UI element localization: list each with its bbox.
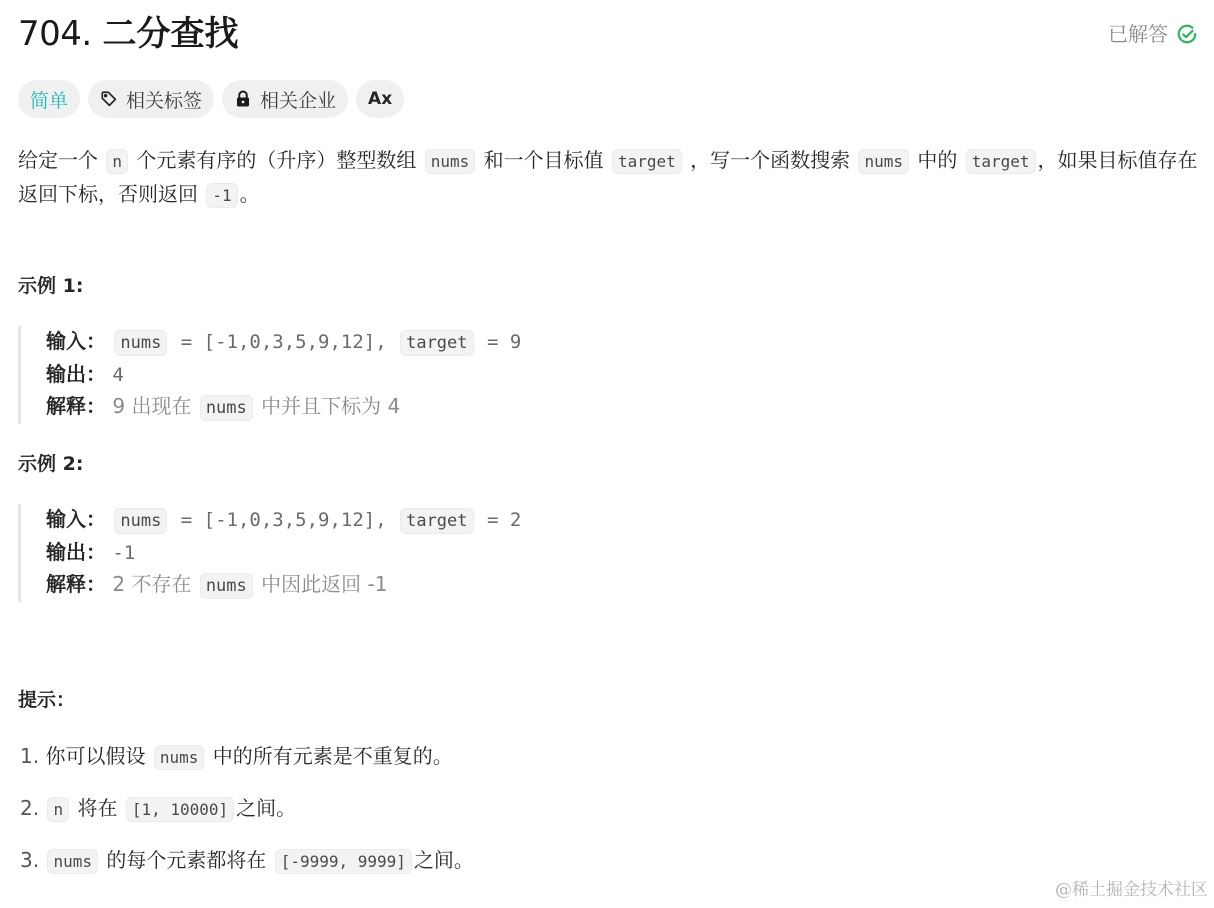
- inline-code: nums: [114, 330, 167, 356]
- related-tags-button[interactable]: 相关标签: [88, 80, 214, 118]
- input-label: 输入：: [46, 329, 106, 353]
- inline-code: n: [106, 149, 128, 174]
- lock-icon: [234, 90, 252, 108]
- explain-text: 中因此返回 -1: [261, 572, 387, 596]
- inline-code: n: [47, 797, 69, 822]
- problem-title: 704. 二分查找: [18, 12, 1198, 56]
- example-output-row: 输出： 4: [46, 359, 521, 391]
- hint-item: 2. n 将在 [1, 10000]之间。: [20, 792, 474, 844]
- input-value: = 2: [476, 509, 522, 531]
- example-explain-row: 解释： 9 出现在 nums 中并且下标为 4: [46, 391, 521, 424]
- problem-description: 给定一个 n 个元素有序的（升序）整型数组 nums 和一个目标值 target…: [18, 144, 1200, 212]
- input-label: 输入：: [46, 507, 106, 531]
- inline-code: target: [966, 149, 1036, 174]
- hint-text: 之间。: [414, 848, 474, 872]
- hint-index: 2.: [20, 796, 39, 820]
- hint-text: 将在: [77, 796, 117, 820]
- example-input-row: 输入： nums = [-1,0,3,5,9,12], target = 2: [46, 504, 521, 537]
- inline-code: nums: [200, 395, 253, 421]
- hint-text: 你可以假设: [45, 744, 145, 768]
- desc-text: 和一个目标值: [484, 148, 604, 172]
- input-value: = [-1,0,3,5,9,12],: [169, 331, 398, 353]
- inline-code: target: [400, 508, 473, 534]
- translate-button[interactable]: Ax: [356, 80, 404, 118]
- explain-text: 中并且下标为 4: [261, 394, 400, 418]
- related-companies-button[interactable]: 相关企业: [222, 80, 348, 118]
- desc-text: 个元素有序的（升序）整型数组: [136, 148, 416, 172]
- hint-text: 的每个元素都将在: [106, 848, 266, 872]
- related-companies-label: 相关企业: [260, 86, 336, 113]
- example-2-block: 输入： nums = [-1,0,3,5,9,12], target = 2 输…: [18, 504, 521, 602]
- inline-code: nums: [154, 745, 205, 770]
- hint-index: 3.: [20, 848, 39, 872]
- hint-index: 1.: [20, 744, 39, 768]
- desc-text: ，写一个函数搜索: [690, 148, 850, 172]
- hint-text: 中的所有元素是不重复的。: [213, 744, 453, 768]
- check-circle-icon: [1176, 23, 1198, 45]
- example-output-row: 输出： -1: [46, 537, 521, 569]
- hint-text: 之间。: [236, 796, 296, 820]
- output-label: 输出：: [46, 540, 106, 564]
- output-label: 输出：: [46, 362, 106, 386]
- solved-label: 已解答: [1108, 20, 1168, 48]
- related-tags-label: 相关标签: [126, 86, 202, 113]
- tag-bar: 简单 相关标签 相关企业 Ax: [18, 80, 404, 118]
- explain-text: 2 不存在: [112, 572, 191, 596]
- inline-code: [1, 10000]: [126, 797, 234, 822]
- explain-label: 解释：: [46, 572, 106, 596]
- translate-icon: Ax: [368, 89, 392, 109]
- inline-code: nums: [858, 149, 909, 174]
- inline-code: -1: [206, 183, 237, 208]
- output-value: 4: [112, 364, 123, 386]
- inline-code: target: [612, 149, 682, 174]
- explain-text: 9 出现在: [112, 394, 191, 418]
- desc-text: 。: [240, 182, 260, 206]
- input-value: = 9: [476, 331, 522, 353]
- inline-code: target: [400, 330, 473, 356]
- inline-code: nums: [47, 849, 98, 874]
- tag-icon: [100, 90, 118, 108]
- inline-code: nums: [425, 149, 476, 174]
- explain-label: 解释：: [46, 394, 106, 418]
- example-explain-row: 解释： 2 不存在 nums 中因此返回 -1: [46, 569, 521, 602]
- output-value: -1: [112, 542, 135, 564]
- hint-item: 3. nums 的每个元素都将在 [-9999, 9999]之间。: [20, 844, 474, 896]
- hints-heading: 提示：: [18, 686, 75, 714]
- difficulty-label: 简单: [30, 86, 68, 113]
- problem-name: 二分查找: [103, 14, 239, 54]
- hint-item: 1. 你可以假设 nums 中的所有元素是不重复的。: [20, 740, 474, 792]
- difficulty-badge[interactable]: 简单: [18, 80, 80, 118]
- input-value: = [-1,0,3,5,9,12],: [169, 509, 398, 531]
- solved-status: 已解答: [1108, 20, 1198, 48]
- desc-text: 中的: [917, 148, 957, 172]
- example-1-heading: 示例 1:: [18, 272, 83, 300]
- example-1-block: 输入： nums = [-1,0,3,5,9,12], target = 9 输…: [18, 326, 521, 424]
- desc-text: 给定一个: [18, 148, 98, 172]
- hints-list: 1. 你可以假设 nums 中的所有元素是不重复的。 2. n 将在 [1, 1…: [20, 740, 474, 896]
- problem-header: 704. 二分查找 已解答: [18, 12, 1198, 56]
- watermark: @稀土掘金技术社区: [1055, 875, 1208, 900]
- problem-number: 704.: [18, 14, 92, 54]
- inline-code: [-9999, 9999]: [275, 849, 412, 874]
- inline-code: nums: [200, 573, 253, 599]
- inline-code: nums: [114, 508, 167, 534]
- example-2-heading: 示例 2:: [18, 450, 83, 478]
- example-input-row: 输入： nums = [-1,0,3,5,9,12], target = 9: [46, 326, 521, 359]
